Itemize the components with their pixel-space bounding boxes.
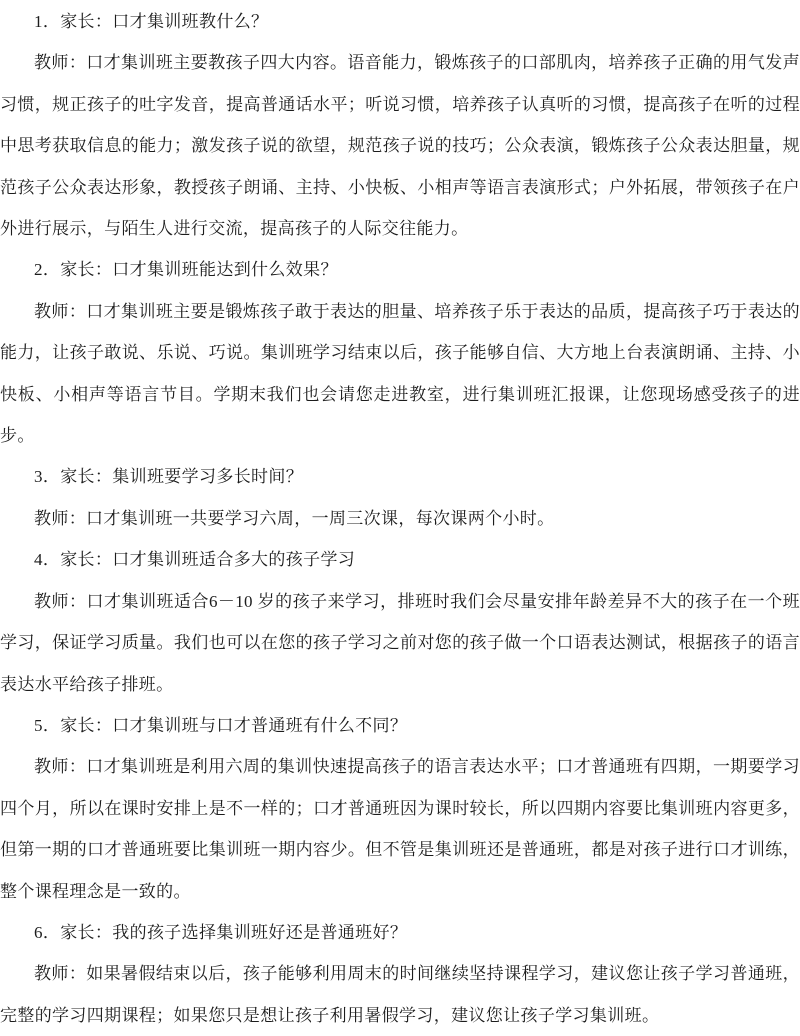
question-3: 3．家长：集训班要学习多长时间？ — [0, 456, 800, 497]
qa-item-4: 4．家长：口才集训班适合多大的孩子学习 教师：口才集训班适合6－10 岁的孩子来… — [0, 539, 800, 705]
answer-3: 教师：口才集训班一共要学习六周，一周三次课，每次课两个小时。 — [0, 498, 800, 539]
question-6: 6．家长：我的孩子选择集训班好还是普通班好？ — [0, 912, 800, 953]
qa-item-3: 3．家长：集训班要学习多长时间？ 教师：口才集训班一共要学习六周，一周三次课，每… — [0, 456, 800, 539]
qa-item-5: 5．家长：口才集训班与口才普通班有什么不同？ 教师：口才集训班是利用六周的集训快… — [0, 705, 800, 912]
question-5: 5．家长：口才集训班与口才普通班有什么不同？ — [0, 705, 800, 746]
qa-item-1: 1．家长：口才集训班教什么？ 教师：口才集训班主要教孩子四大内容。语音能力，锻炼… — [0, 1, 800, 249]
qa-item-2: 2．家长：口才集训班能达到什么效果？ 教师：口才集训班主要是锻炼孩子敢于表达的胆… — [0, 249, 800, 456]
qa-item-6: 6．家长：我的孩子选择集训班好还是普通班好？ 教师：如果暑假结束以后，孩子能够利… — [0, 912, 800, 1036]
answer-5: 教师：口才集训班是利用六周的集训快速提高孩子的语言表达水平；口才普通班有四期，一… — [0, 746, 800, 912]
document-page: 1．家长：口才集训班教什么？ 教师：口才集训班主要教孩子四大内容。语音能力，锻炼… — [0, 0, 800, 1036]
question-4: 4．家长：口才集训班适合多大的孩子学习 — [0, 539, 800, 580]
answer-4: 教师：口才集训班适合6－10 岁的孩子来学习，排班时我们会尽量安排年龄差异不大的… — [0, 581, 800, 705]
question-1: 1．家长：口才集训班教什么？ — [0, 1, 800, 42]
question-2: 2．家长：口才集训班能达到什么效果？ — [0, 249, 800, 290]
answer-1: 教师：口才集训班主要教孩子四大内容。语音能力，锻炼孩子的口部肌肉，培养孩子正确的… — [0, 42, 800, 249]
answer-6: 教师：如果暑假结束以后，孩子能够利用周末的时间继续坚持课程学习，建议您让孩子学习… — [0, 953, 800, 1036]
answer-2: 教师：口才集训班主要是锻炼孩子敢于表达的胆量、培养孩子乐于表达的品质，提高孩子巧… — [0, 291, 800, 457]
